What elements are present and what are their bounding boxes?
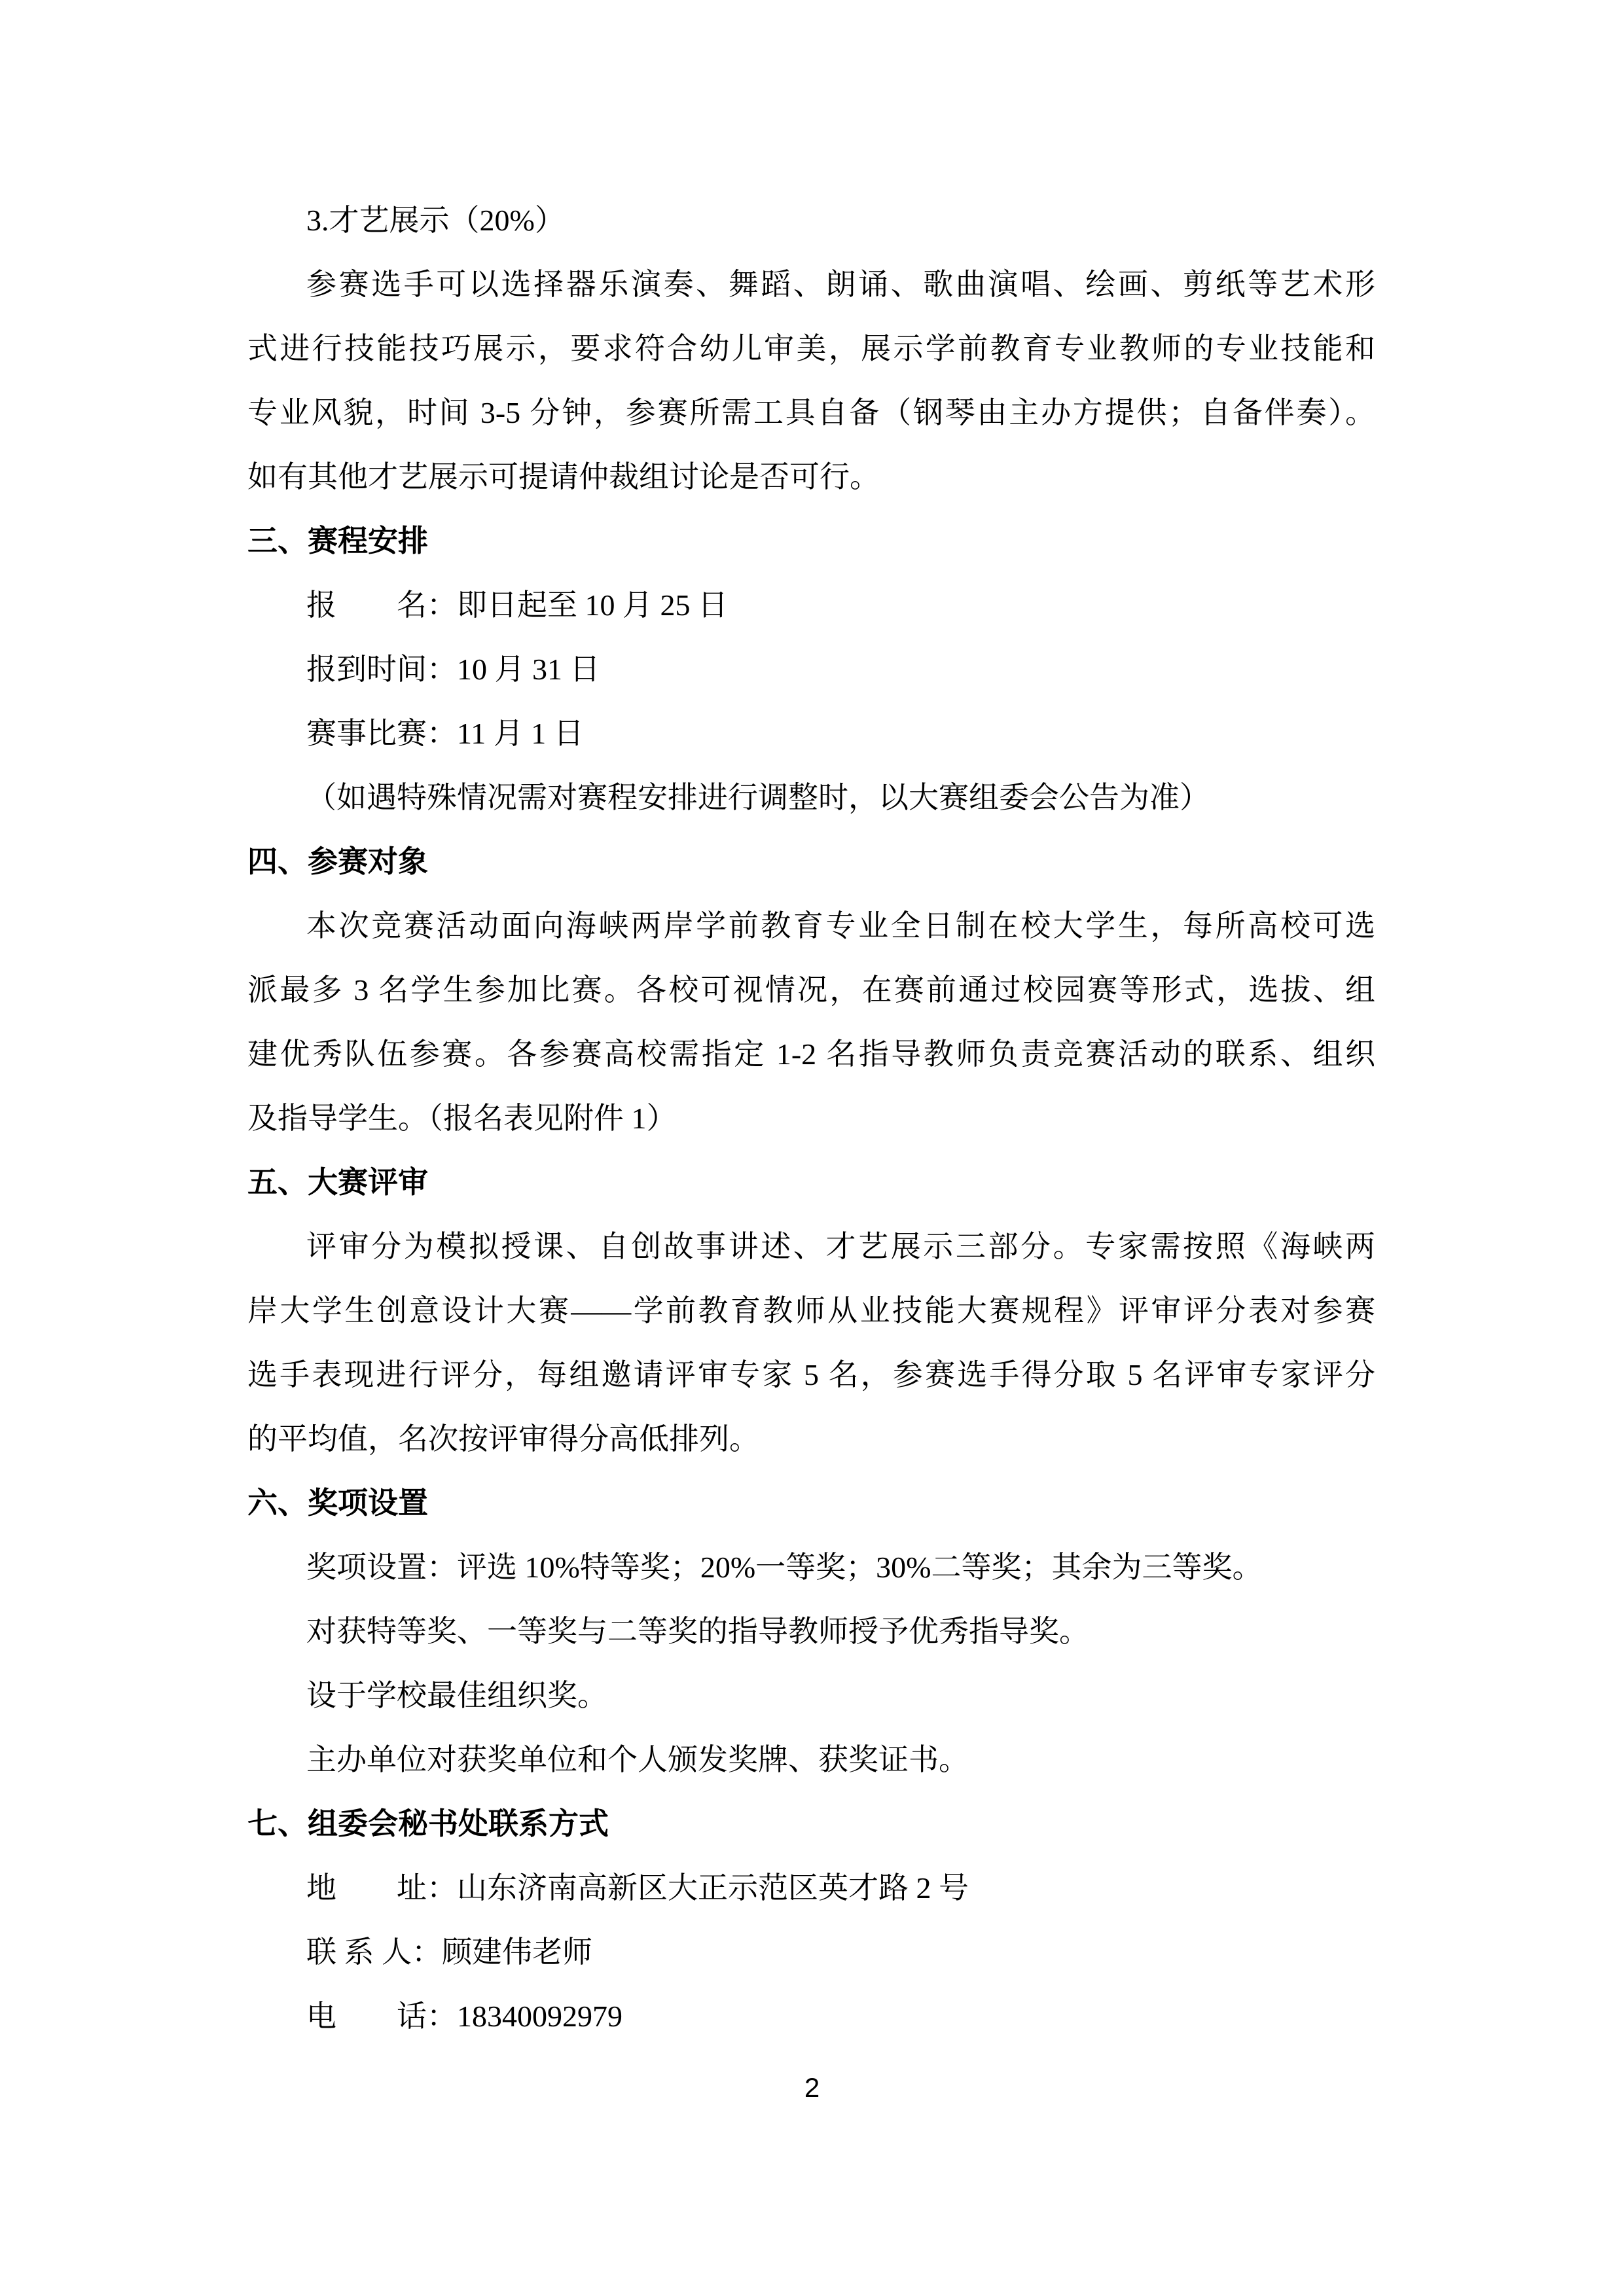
heading-section-6-awards: 六、奖项设置 bbox=[247, 1471, 1375, 1535]
para-participants-line-4: 及指导学生。（报名表见附件 1） bbox=[247, 1086, 1375, 1151]
para-talent-show-line-1: 参赛选手可以选择器乐演奏、舞蹈、朗诵、歌曲演唱、绘画、剪纸等艺术形 bbox=[247, 253, 1375, 317]
para-participants-line-1: 本次竞赛活动面向海峡两岸学前教育专业全日制在校大学生，每所高校可选 bbox=[247, 894, 1375, 958]
para-judging-line-3: 选手表现进行评分，每组邀请评审专家 5 名，参赛选手得分取 5 名评审专家评分 bbox=[247, 1343, 1375, 1407]
line-schedule-note: （如遇特殊情况需对赛程安排进行调整时，以大赛组委会公告为准） bbox=[247, 766, 1375, 830]
para-participants-line-3: 建优秀队伍参赛。各参赛高校需指定 1-2 名指导教师负责竞赛活动的联系、组织 bbox=[247, 1022, 1375, 1086]
document-body: 3.才艺展示（20%） 参赛选手可以选择器乐演奏、舞蹈、朗诵、歌曲演唱、绘画、剪… bbox=[247, 188, 1375, 2049]
para-participants-line-2: 派最多 3 名学生参加比赛。各校可视情况，在赛前通过校园赛等形式，选拔、组 bbox=[247, 958, 1375, 1022]
heading-section-4-participants: 四、参赛对象 bbox=[247, 830, 1375, 894]
page-number: 2 bbox=[0, 2070, 1624, 2106]
line-award-tiers: 奖项设置：评选 10%特等奖；20%一等奖；30%二等奖；其余为三等奖。 bbox=[247, 1535, 1375, 1600]
line-award-tutors: 对获特等奖、一等奖与二等奖的指导教师授予优秀指导奖。 bbox=[247, 1600, 1375, 1664]
para-talent-show-line-2: 式进行技能技巧展示，要求符合幼儿审美，展示学前教育专业教师的专业技能和 bbox=[247, 317, 1375, 381]
document-page: 3.才艺展示（20%） 参赛选手可以选择器乐演奏、舞蹈、朗诵、歌曲演唱、绘画、剪… bbox=[0, 0, 1624, 2296]
para-talent-show-line-4: 如有其他才艺展示可提请仲裁组讨论是否可行。 bbox=[247, 445, 1375, 509]
para-judging-line-4: 的平均值，名次按评审得分高低排列。 bbox=[247, 1407, 1375, 1471]
line-contact-phone: 电 话：18340092979 bbox=[247, 1984, 1375, 2049]
line-contact-address: 地 址：山东济南高新区大正示范区英才路 2 号 bbox=[247, 1856, 1375, 1920]
heading-section-5-judging: 五、大赛评审 bbox=[247, 1151, 1375, 1215]
para-talent-show-line-3: 专业风貌，时间 3-5 分钟，参赛所需工具自备（钢琴由主办方提供；自备伴奏）。 bbox=[247, 381, 1375, 445]
para-talent-show-title: 3.才艺展示（20%） bbox=[247, 188, 1375, 253]
line-competition-date: 赛事比赛：11 月 1 日 bbox=[247, 702, 1375, 766]
para-judging-line-1: 评审分为模拟授课、自创故事讲述、才艺展示三部分。专家需按照《海峡两 bbox=[247, 1215, 1375, 1279]
line-checkin-date: 报到时间：10 月 31 日 bbox=[247, 637, 1375, 702]
line-contact-person: 联 系 人：顾建伟老师 bbox=[247, 1920, 1375, 1984]
heading-section-7-contact: 七、组委会秘书处联系方式 bbox=[247, 1792, 1375, 1856]
line-award-certificates: 主办单位对获奖单位和个人颁发奖牌、获奖证书。 bbox=[247, 1728, 1375, 1792]
line-registration-date: 报 名：即日起至 10 月 25 日 bbox=[247, 573, 1375, 637]
para-judging-line-2: 岸大学生创意设计大赛——学前教育教师从业技能大赛规程》评审评分表对参赛 bbox=[247, 1279, 1375, 1343]
heading-section-3-schedule: 三、赛程安排 bbox=[247, 509, 1375, 573]
line-award-organization: 设于学校最佳组织奖。 bbox=[247, 1664, 1375, 1728]
